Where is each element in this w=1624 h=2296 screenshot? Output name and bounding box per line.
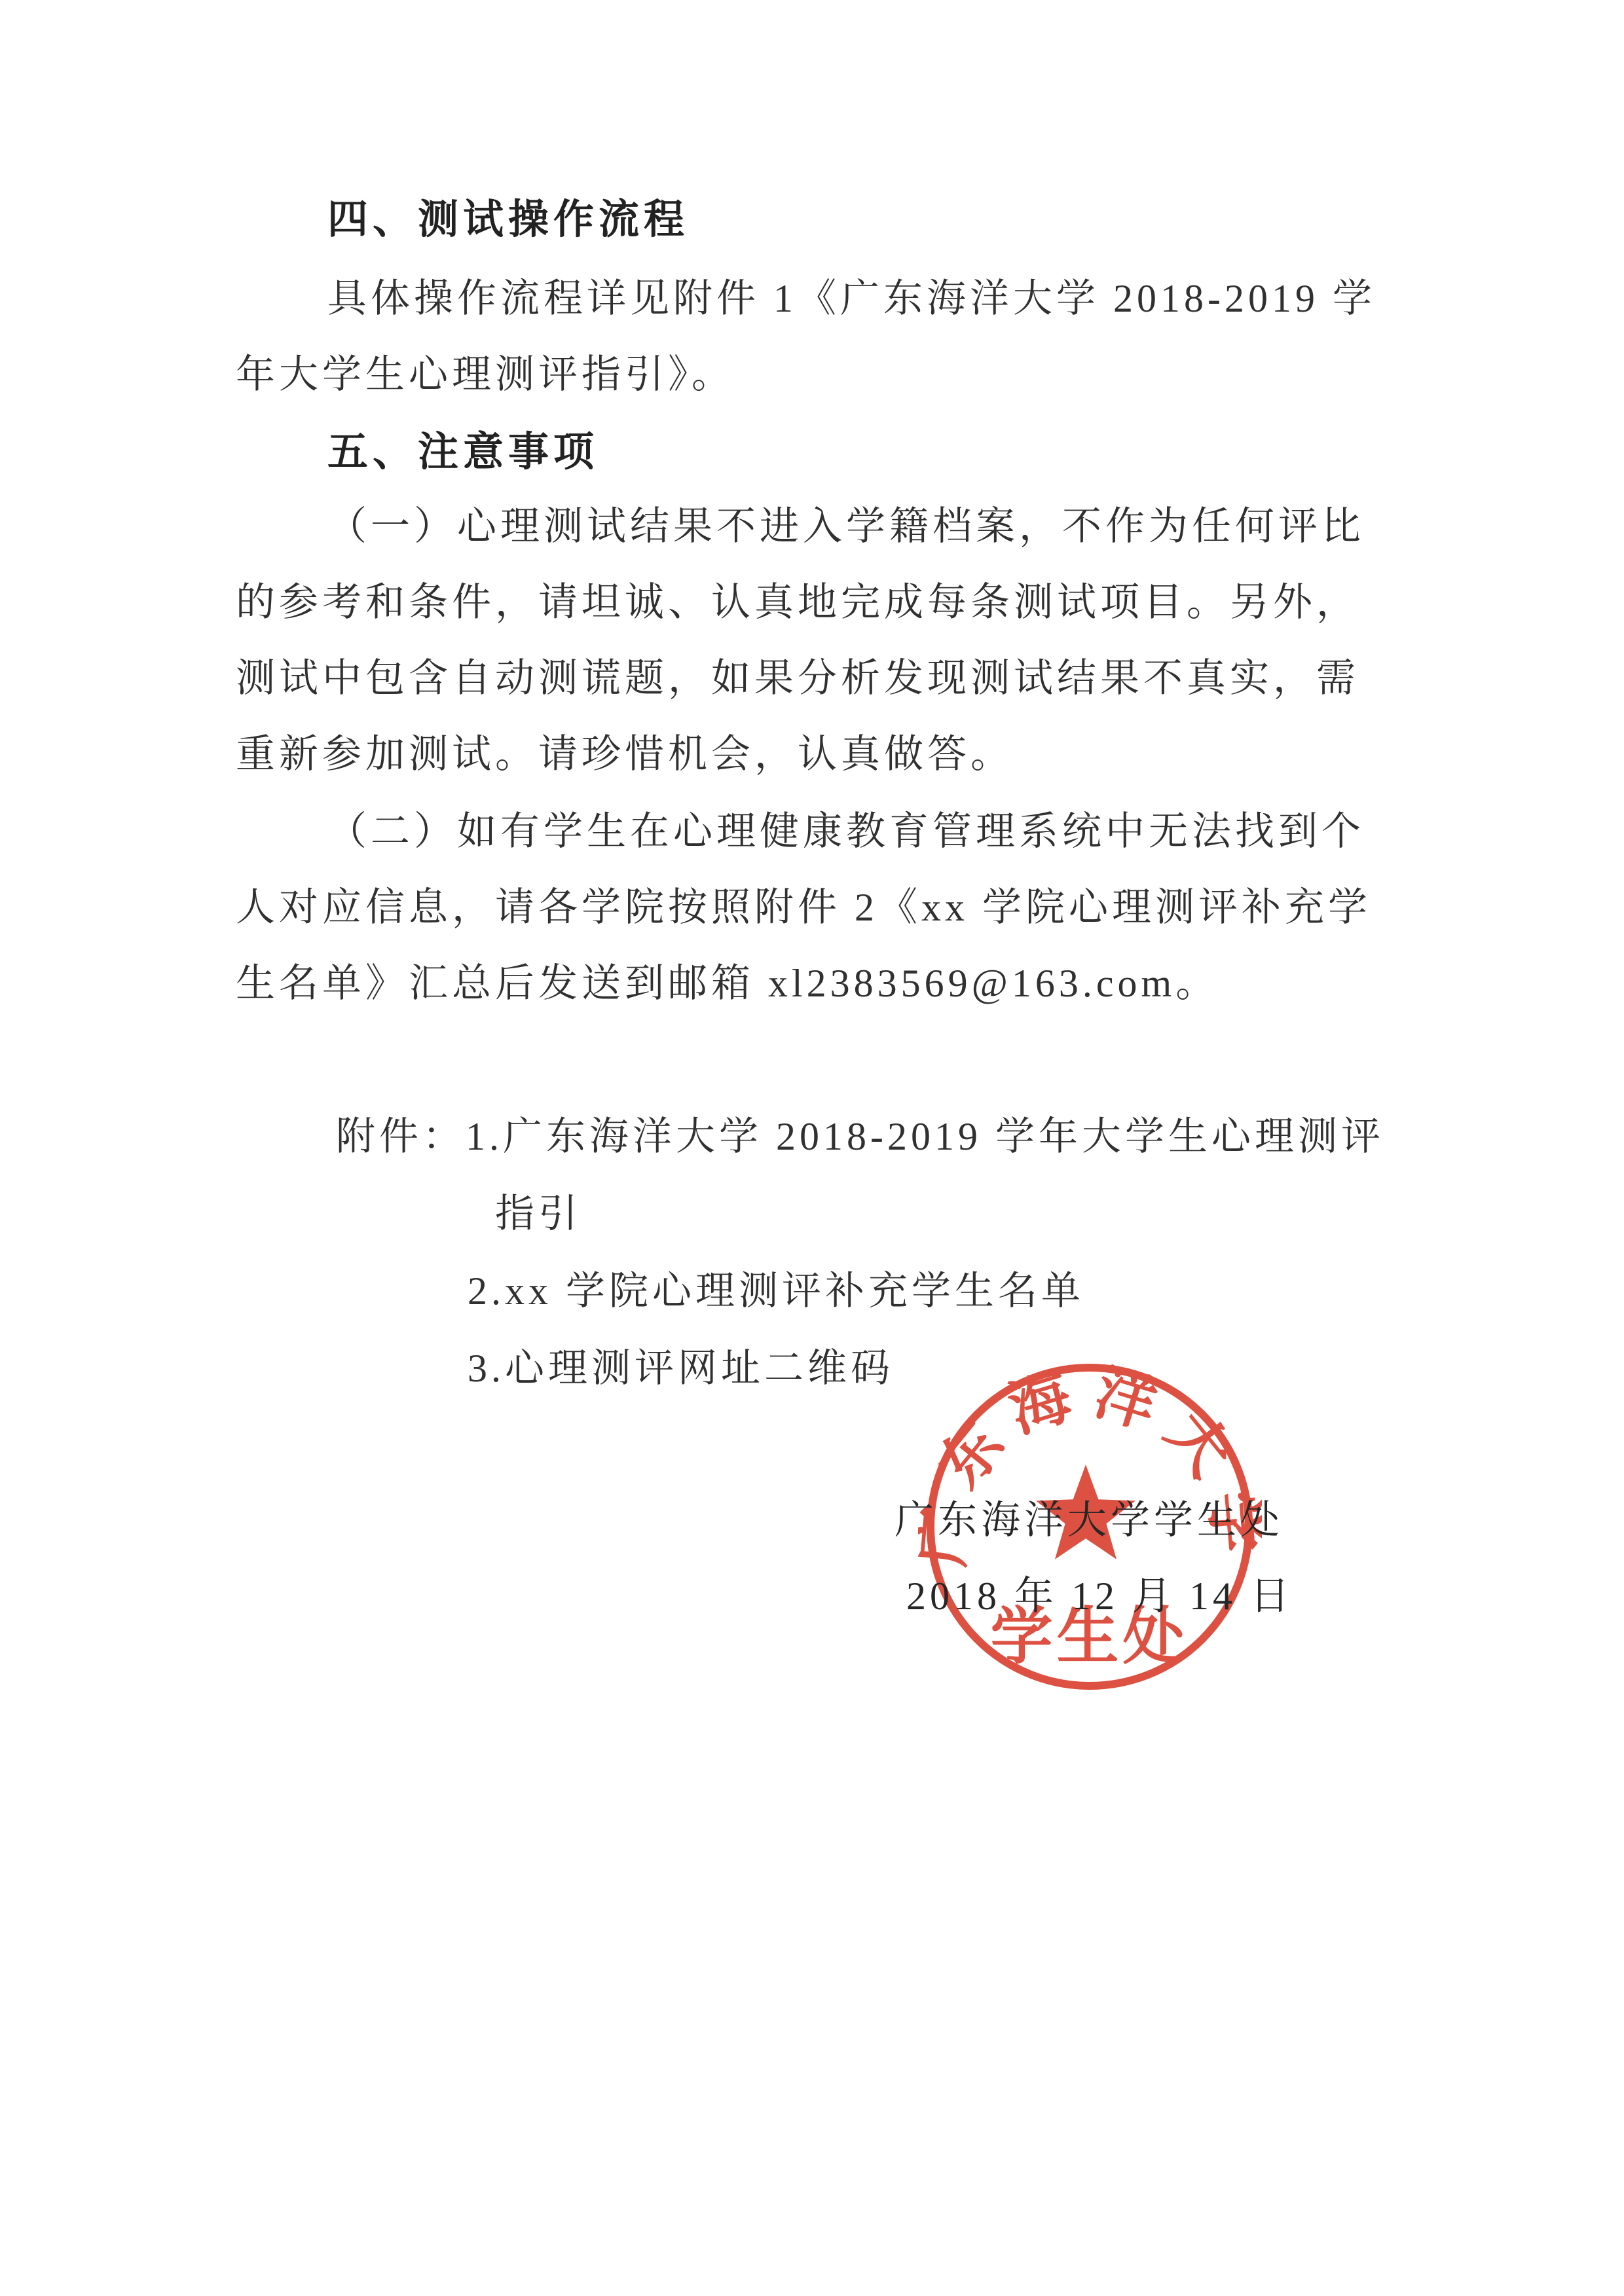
section5-para1-line1: （一）心理测试结果不进入学籍档案，不作为任何评比	[327, 504, 1365, 549]
signature-org: 广东海洋大学学生处	[895, 1498, 1283, 1543]
section4-para1-line2: 年大学生心理测评指引》。	[236, 352, 735, 397]
attachments-line2: 指引	[495, 1192, 581, 1237]
section5-para1-line3: 测试中包含自动测谎题，如果分析发现测试结果不真实，需	[236, 656, 1359, 701]
section5-heading: 五、注意事项	[327, 429, 599, 475]
attachments-line1: 附件：1.广东海洋大学 2018-2019 学年大学生心理测评	[336, 1114, 1384, 1159]
section4-para1-line1: 具体操作流程详见附件 1《广东海洋大学 2018-2019 学	[327, 276, 1376, 321]
section5-para1-line2: 的参考和条件，请坦诚、认真地完成每条测试项目。另外，	[236, 580, 1359, 625]
attachments-line3: 2.xx 学院心理测评补充学生名单	[468, 1269, 1084, 1314]
section5-para1-line4: 重新参加测试。请珍惜机会，认真做答。	[236, 732, 1014, 777]
section5-para2-line3: 生名单》汇总后发送到邮箱 xl2383569@163.com。	[236, 961, 1219, 1006]
section5-para2-line2: 人对应信息，请各学院按照附件 2《xx 学院心理测评补充学	[236, 885, 1371, 930]
section5-para2-line1: （二）如有学生在心理健康教育管理系统中无法找到个	[327, 809, 1365, 854]
document-page: 广东海洋大学 学生处 四、测试操作流程 具体操作流程详见附件 1《广东海洋大学 …	[0, 0, 1624, 2296]
signature-date: 2018 年 12 月 14 日	[906, 1574, 1293, 1619]
attachments-line4: 3.心理测评网址二维码	[468, 1346, 894, 1391]
text-layer: 四、测试操作流程 具体操作流程详见附件 1《广东海洋大学 2018-2019 学…	[0, 0, 1624, 2296]
section4-heading: 四、测试操作流程	[327, 196, 689, 243]
